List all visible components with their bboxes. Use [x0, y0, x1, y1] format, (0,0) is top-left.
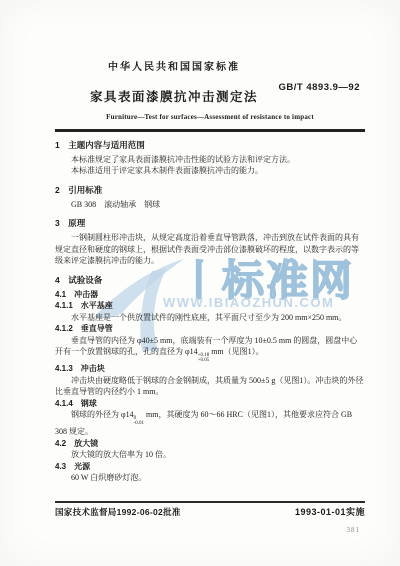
- tolerance-lower: +0.05: [198, 359, 210, 364]
- section-4-1-3-paragraph: 冲击块由硬度略低于钢球的合金钢制成，其质量为 500±5 g（见图1）。冲击块的…: [55, 375, 365, 398]
- approval-note: 国家技术监督局1992-06-02批准: [55, 506, 181, 518]
- section-4-1-1-paragraph: 水平基座是一个供放置试件的刚性底座，其平面尺寸至少为 200 mm×250 mm…: [55, 312, 365, 324]
- section-2-heading: 2 引用标准: [55, 184, 365, 196]
- footer-divider: [55, 501, 365, 503]
- section-1-paragraph-1: 本标准规定了家具表面漆膜抗冲击性能的试验方法和评定方法。: [55, 154, 365, 166]
- header-standard-label: 中华人民共和国国家标准: [55, 58, 293, 73]
- ball-text-before-tolerance: 钢球的外径为 φ14: [71, 410, 134, 419]
- section-4-2-heading: 4.2 放大镜: [55, 438, 365, 450]
- document-title-english: Furniture—Test for surfaces—Assessment o…: [55, 113, 365, 121]
- footer: 国家技术监督局1992-06-02批准 1993-01-01实施: [55, 505, 365, 518]
- section-4-3-heading: 4.3 光源: [55, 461, 365, 473]
- section-1-paragraph-2: 本标准适用于评定家具木制件表面漆膜抗冲击的能力。: [55, 165, 365, 177]
- section-3-paragraph: 一钢制圆柱形冲击块，从规定高度沿着垂直导管跌落，冲击到放在试件表面的具有规定直径…: [55, 232, 365, 267]
- document-title: 家具表面漆膜抗冲击测定法: [55, 87, 293, 105]
- section-4-1-3-heading: 4.1.3 冲击块: [55, 363, 365, 375]
- document-body: 1 主题内容与适用范围 本标准规定了家具表面漆膜抗冲击性能的试验方法和评定方法。…: [55, 139, 365, 484]
- hole-diameter-tolerance: +0.18+0.05: [198, 354, 210, 363]
- section-4-heading: 4 试验设备: [55, 274, 365, 286]
- standard-document-page: 丨标准网 WWW.IBIAOZHUN.COM GB/T 4893.9—92 中华…: [0, 0, 400, 566]
- section-4-1-4-heading: 4.1.4 钢球: [55, 398, 365, 410]
- section-4-1-2-paragraph: 垂直导管的内径为 φ40±5 mm，底端装有一个厚度为 10±0.5 mm 的圆…: [55, 335, 365, 364]
- ball-diameter-tolerance: 0-0.01: [134, 417, 144, 426]
- document-content: 中华人民共和国国家标准 家具表面漆膜抗冲击测定法 Furniture—Test …: [55, 0, 365, 484]
- section-4-1-heading: 4.1 冲击器: [55, 289, 365, 301]
- section-4-3-paragraph: 60 W 白炽磨砂灯泡。: [55, 472, 365, 484]
- section-3-heading: 3 原理: [55, 217, 365, 229]
- implementation-date: 1993-01-01实施: [295, 505, 365, 518]
- section-4-1-1-heading: 4.1.1 水平基座: [55, 300, 365, 312]
- section-4-1-4-paragraph: 钢球的外径为 φ140-0.01 mm，其硬度为 60～66 HRC（见图1），…: [55, 409, 365, 438]
- tolerance-lower: -0.01: [134, 422, 144, 427]
- header-divider: [55, 129, 365, 132]
- page-number: 381: [347, 526, 361, 534]
- section-1-heading: 1 主题内容与适用范围: [55, 139, 365, 151]
- section-4-1-2-heading: 4.1.2 垂直导管: [55, 323, 365, 335]
- section-4-2-paragraph: 放大镜的放大倍率为 10 倍。: [55, 449, 365, 461]
- section-2-reference: GB 308 滚动轴承 钢球: [55, 199, 365, 211]
- tube-text-after-tolerance: mm（见图1）。: [209, 347, 263, 356]
